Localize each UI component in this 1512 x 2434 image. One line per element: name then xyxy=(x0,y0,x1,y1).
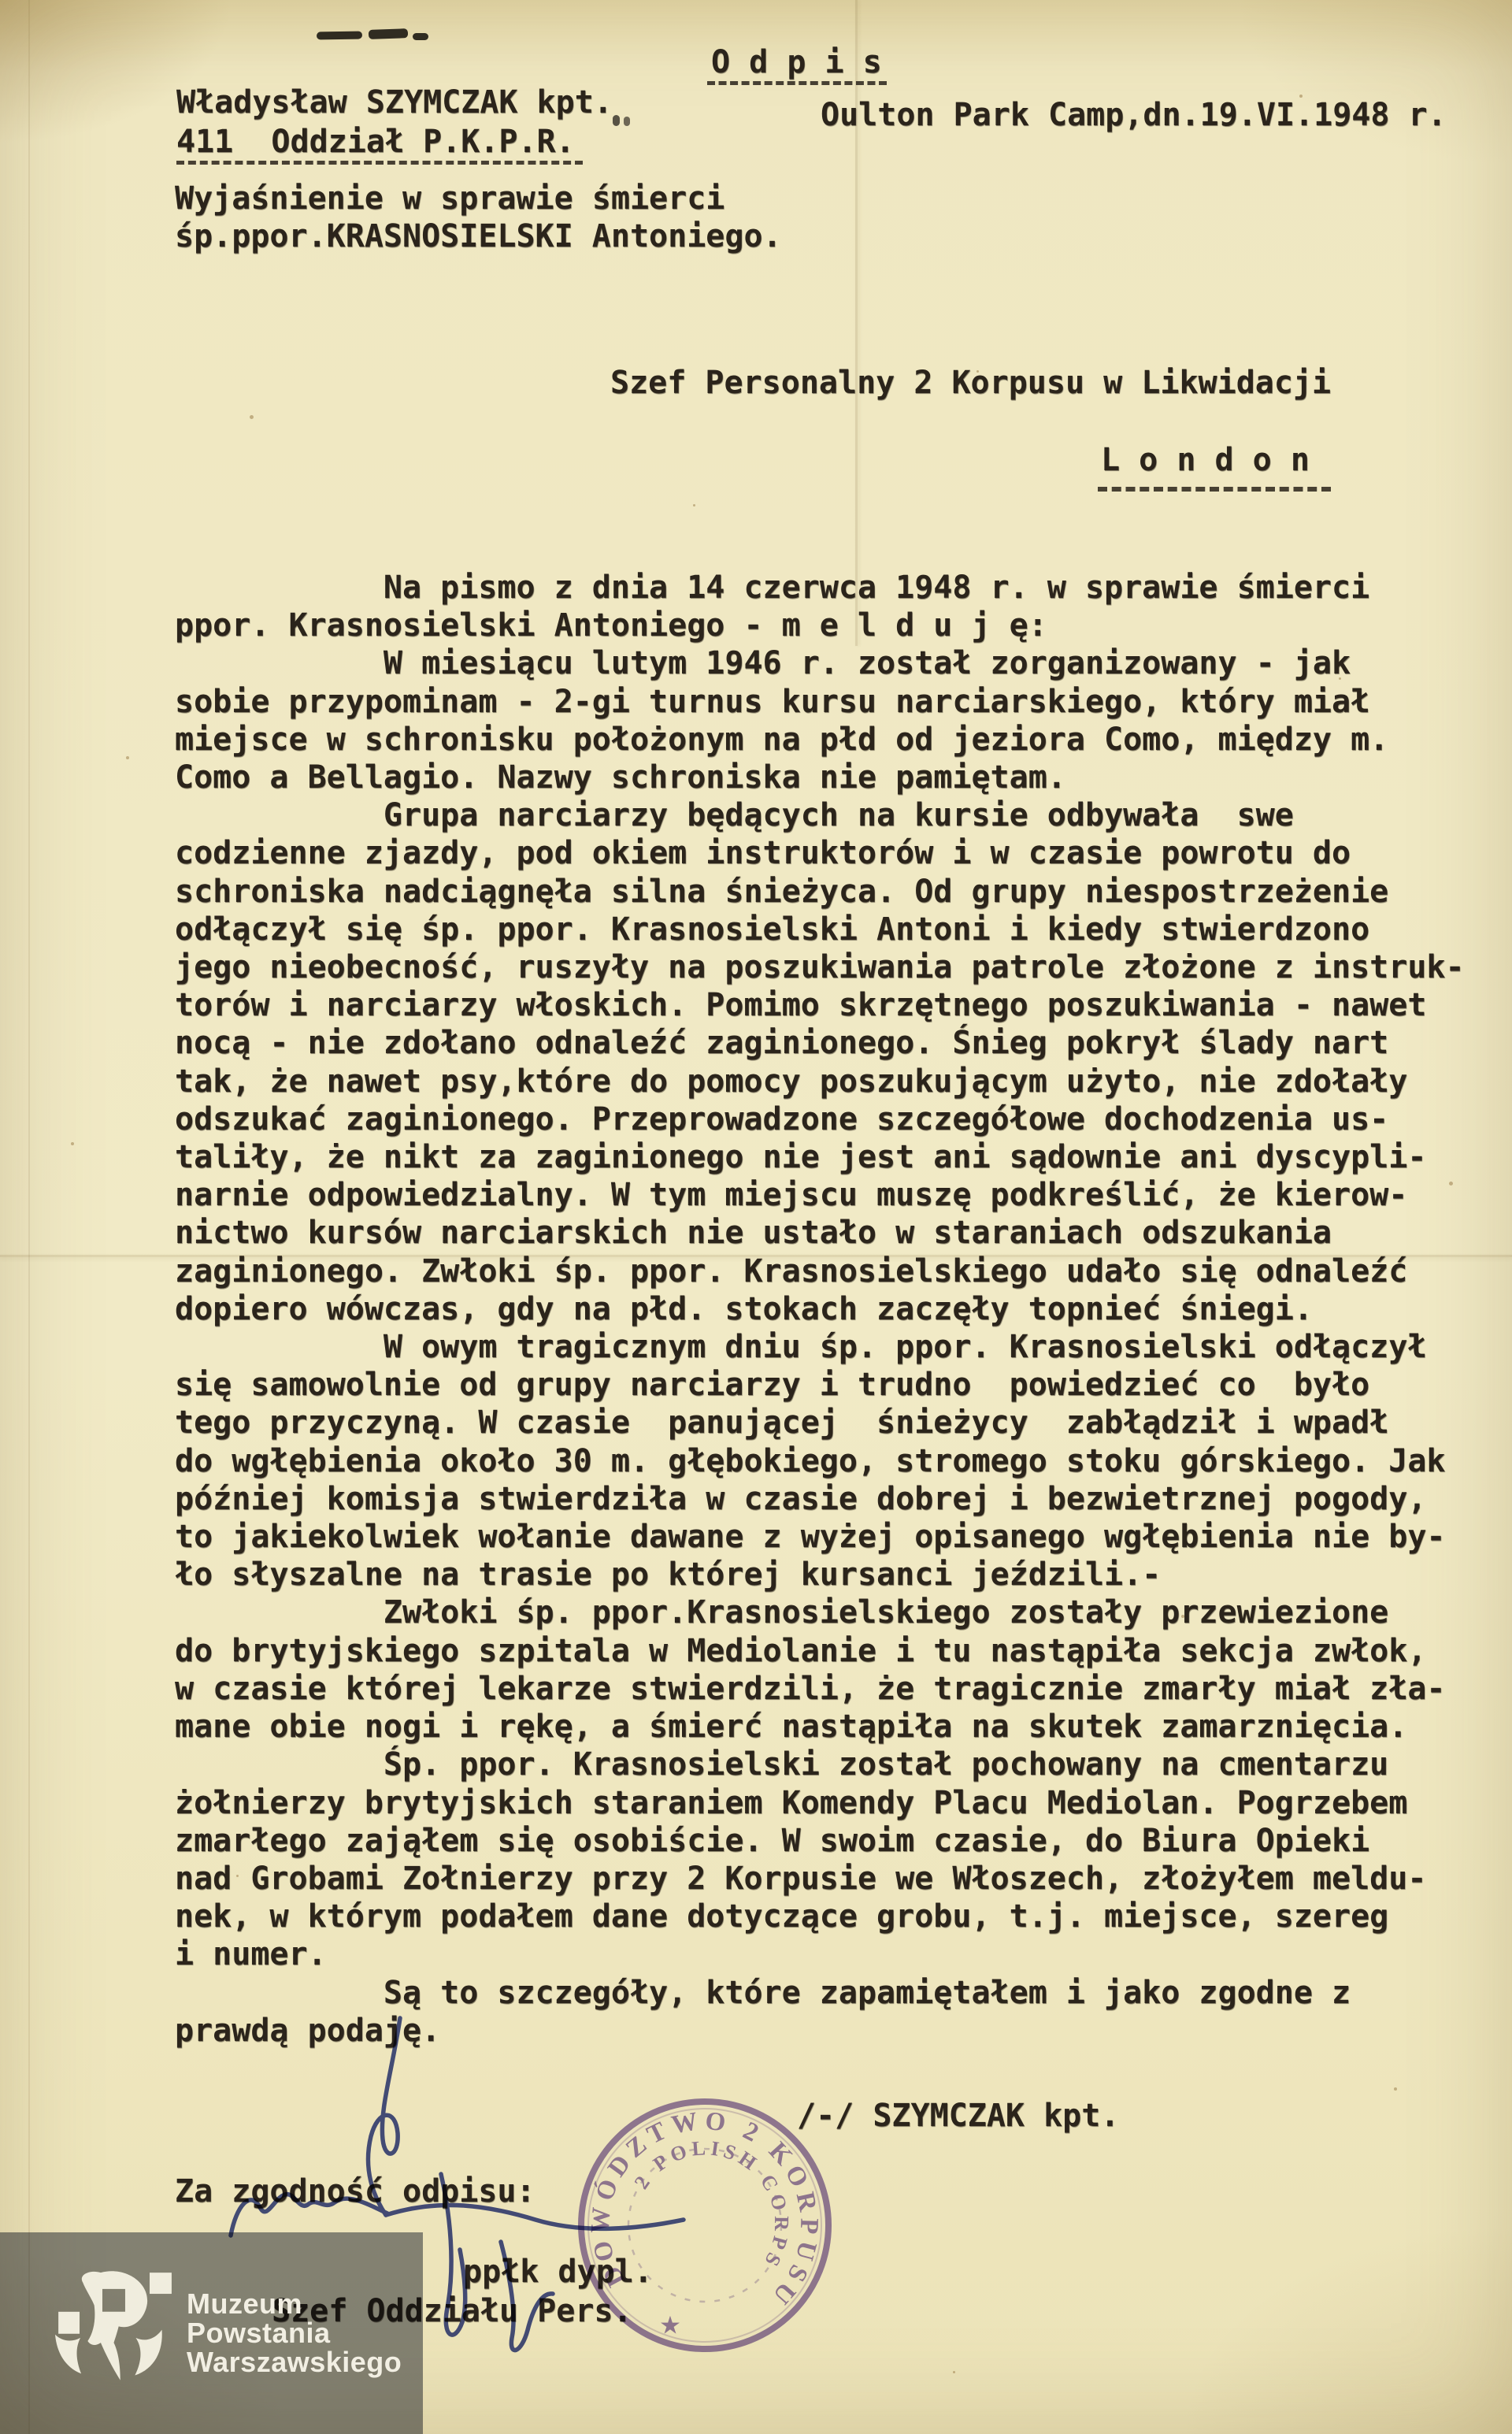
left-edge-crease xyxy=(28,0,30,2434)
text-line: tego przyczyną. W czasie panującej śnież… xyxy=(175,1404,1465,1441)
museum-watermark-text: Muzeum Powstania Warszawskiego xyxy=(187,2289,402,2376)
text-line: nek, w którym podałem dane dotyczące gro… xyxy=(175,1898,1465,1935)
ink-smudge xyxy=(317,31,362,39)
text-line: Zwłoki śp. ppor.Krasnosielskiego zostały… xyxy=(175,1594,1465,1631)
svg-text:2 POLISH CORPS: 2 POLISH CORPS xyxy=(630,2136,794,2273)
author-unit-underline xyxy=(176,161,583,165)
text-line: torów i narciarzy włoskich. Pomimo skrzę… xyxy=(175,986,1465,1024)
text-line: nad Grobami Zołnierzy przy 2 Korpusie we… xyxy=(175,1860,1465,1898)
addressee-line: Szef Personalny 2 Korpusu w Likwidacji xyxy=(610,364,1331,402)
museum-name-line: Muzeum xyxy=(187,2289,402,2318)
author-name: Władysław SZYMCZAK kpt. xyxy=(176,83,613,121)
text-line: Como a Bellagio. Nazwy schroniska nie pa… xyxy=(175,759,1465,796)
museum-name-line: Powstania xyxy=(187,2318,402,2347)
copy-label: O d p i s xyxy=(711,43,882,81)
text-line: Śp. ppor. Krasnosielski został pochowany… xyxy=(175,1746,1465,1783)
text-line: zmarłego zająłem się osobiście. W swoim … xyxy=(175,1822,1465,1860)
text-line: jego nieobecność, ruszyły na poszukiwani… xyxy=(175,948,1465,986)
text-line: schroniska nadciągnęła silna śnieżyca. O… xyxy=(175,873,1465,911)
text-line: odszukać zaginionego. Przeprowadzone szc… xyxy=(175,1100,1465,1138)
ink-smudge xyxy=(413,33,428,40)
ink-smudge xyxy=(369,28,408,39)
text-line: do brytyjskiego szpitala w Mediolanie i … xyxy=(175,1632,1465,1670)
text-line: Grupa narciarzy będących na kursie odbyw… xyxy=(175,796,1465,834)
text-line: i numer. xyxy=(175,1935,1465,1973)
text-line: później komisja stwierdziła w czasie dob… xyxy=(175,1480,1465,1518)
text-line: w czasie której lekarze stwierdzili, że … xyxy=(175,1670,1465,1708)
certification-line: Za zgodność odpisu: xyxy=(175,2172,535,2210)
ink-speck xyxy=(624,117,630,126)
text-line: odłączył się śp. ppor. Krasnosielski Ant… xyxy=(175,911,1465,948)
typed-signature: /-/ SZYMCZAK kpt. xyxy=(797,2097,1119,2135)
stamp-inner-text: 2 POLISH CORPS xyxy=(630,2136,794,2273)
museum-name-line: Warszawskiego xyxy=(187,2347,402,2376)
text-line: to jakiekolwiek wołanie dawane z wyżej o… xyxy=(175,1518,1465,1556)
text-line: taliły, że nikt za zaginionego nie jest … xyxy=(175,1138,1465,1176)
text-line: codzienne zjazdy, pod okiem instruktorów… xyxy=(175,834,1465,872)
stamp-star-icon: ★ xyxy=(660,2302,681,2343)
scanned-letter-page: O d p i s Władysław SZYMCZAK kpt. 411 Od… xyxy=(0,0,1512,2434)
text-line: W owym tragicznym dniu śp. ppor. Krasnos… xyxy=(175,1328,1465,1366)
copy-label-underline xyxy=(707,81,887,85)
subject-line-1: Wyjaśnienie w sprawie śmierci xyxy=(175,180,724,217)
author-unit: 411 Oddział P.K.P.R. xyxy=(176,123,575,161)
text-line: ło słyszalne na trasie po której kursanc… xyxy=(175,1556,1465,1594)
addressee-city: L o n d o n xyxy=(1101,441,1310,479)
text-line: Są to szczegóły, które zapamiętałem i ja… xyxy=(175,1974,1465,2012)
text-line: tak, że nawet psy,które do pomocy poszuk… xyxy=(175,1063,1465,1100)
text-line: dopiero wówczas, gdy na płd. stokach zac… xyxy=(175,1290,1465,1328)
text-line: prawdą podaję. xyxy=(175,2012,1465,2050)
text-line: miejsce w schronisku położonym na płd od… xyxy=(175,721,1465,759)
ink-speck xyxy=(613,115,620,126)
signer-rank: ppłk dypl. xyxy=(463,2253,653,2291)
city-underline xyxy=(1098,487,1331,492)
text-line: do wgłębienia około 30 m. głębokiego, st… xyxy=(175,1442,1465,1480)
subject-line-2: śp.ppor.KRASNOSIELSKI Antoniego. xyxy=(175,217,782,255)
text-line: W miesiącu lutym 1946 r. został zorganiz… xyxy=(175,644,1465,682)
text-line: Na pismo z dnia 14 czerwca 1948 r. w spr… xyxy=(175,569,1465,607)
text-line: sobie przypominam - 2-gi turnus kursu na… xyxy=(175,683,1465,721)
text-line: nocą - nie zdołano odnaleźć zaginionego.… xyxy=(175,1024,1465,1062)
kotwica-pw-anchor-icon xyxy=(55,2271,173,2385)
text-line: mane obie nogi i rękę, a śmierć nastąpił… xyxy=(175,1708,1465,1746)
text-line: żołnierzy brytyjskich staraniem Komendy … xyxy=(175,1784,1465,1822)
letter-body: Na pismo z dnia 14 czerwca 1948 r. w spr… xyxy=(175,569,1465,2050)
text-line: zaginionego. Zwłoki śp. ppor. Krasnosiel… xyxy=(175,1252,1465,1290)
text-line: ppor. Krasnosielski Antoniego - m e l d … xyxy=(175,607,1465,644)
text-line: się samowolnie od grupy narciarzy i trud… xyxy=(175,1366,1465,1404)
place-date-line: Oulton Park Camp,dn.19.VI.1948 r. xyxy=(821,96,1447,134)
text-line: narnie odpowiedzialny. W tym miejscu mus… xyxy=(175,1176,1465,1214)
text-line: nictwo kursów narciarskich nie ustało w … xyxy=(175,1214,1465,1252)
